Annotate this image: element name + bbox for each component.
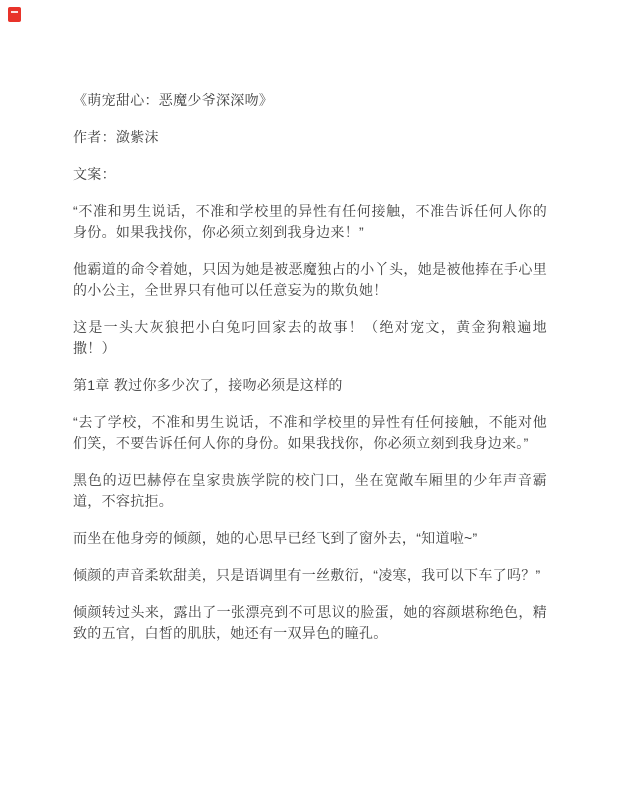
chapter-paragraph: 倾颜的声音柔软甜美，只是语调里有一丝敷衍，“凌寒，我可以下车了吗？” xyxy=(73,565,547,586)
author-line: 作者：潋紫沫 xyxy=(73,127,547,148)
chapter-title: 第1章 教过你多少次了，接吻必须是这样的 xyxy=(73,375,547,396)
synopsis-paragraph: “不准和男生说话，不准和学校里的异性有任何接触，不准告诉任何人你的身份。如果我找… xyxy=(73,201,547,243)
novel-page: 《萌宠甜心：恶魔少爷深深吻》 作者：潋紫沫 文案： “不准和男生说话，不准和学校… xyxy=(0,0,619,660)
synopsis-paragraph: 他霸道的命令着她，只因为她是被恶魔独占的小丫头，她是被他捧在手心里的小公主，全世… xyxy=(73,259,547,301)
chapter-paragraph: 黑色的迈巴赫停在皇家贵族学院的校门口，坐在宽敞车厢里的少年声音霸道，不容抗拒。 xyxy=(73,470,547,512)
chapter-paragraph: “去了学校，不准和男生说话，不准和学校里的异性有任何接触，不能对他们笑，不要告诉… xyxy=(73,412,547,454)
chapter-paragraph: 倾颜转过头来，露出了一张漂亮到不可思议的脸蛋，她的容颜堪称绝色，精致的五官，白皙… xyxy=(73,602,547,644)
synopsis-label: 文案： xyxy=(73,164,547,185)
synopsis-paragraph: 这是一头大灰狼把小白兔叼回家去的故事！（绝对宠文，黄金狗粮遍地撒！） xyxy=(73,317,547,359)
chapter-paragraph: 而坐在他身旁的倾颜，她的心思早已经飞到了窗外去，“知道啦~” xyxy=(73,528,547,549)
book-title: 《萌宠甜心：恶魔少爷深深吻》 xyxy=(73,90,547,111)
